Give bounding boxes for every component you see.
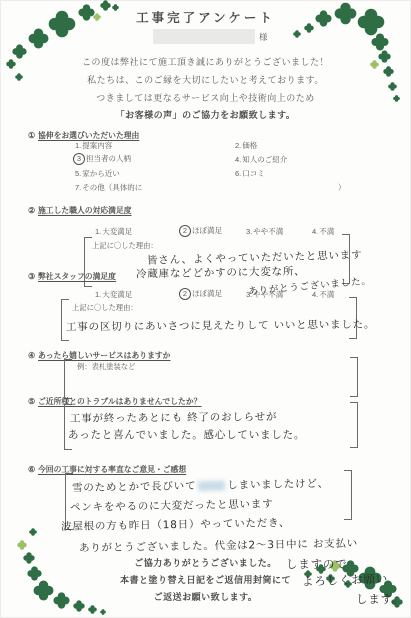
section-number: ① bbox=[28, 131, 35, 140]
clover-icon bbox=[100, 609, 106, 615]
handwritten-comment: 工事の区切りにあいさつに見えたりして いいと思いました。 bbox=[66, 317, 375, 335]
bracket-right bbox=[344, 470, 352, 520]
option-2-2-circled: 2ほぼ満足 bbox=[179, 225, 222, 237]
section-5-header: ⑤ご近所様とのトラブルはありませんでしたか？ bbox=[28, 396, 201, 407]
clover-icon bbox=[29, 528, 37, 536]
footer-line: ご協力ありがとうございました。 bbox=[0, 556, 411, 569]
circled-answer-mark: 2 bbox=[179, 225, 191, 237]
option-2-4: 4.不満 bbox=[312, 226, 334, 237]
handwritten-comment: 波屋根の方も昨日（18日）やっていただき、 bbox=[61, 515, 290, 534]
reason-label: 上記に〇した理由： bbox=[72, 303, 138, 313]
bracket-right bbox=[350, 402, 358, 448]
option-2-3: 3.やや不満 bbox=[246, 226, 283, 237]
section-title: 弊社スタッフの満足度 bbox=[38, 272, 116, 281]
handwritten-comment: 雪のためとかで長びいてしまいましたけど、 bbox=[72, 476, 329, 495]
section-6-header: ⑥今回の工事に対する率直なご意見・ご感想 bbox=[28, 464, 186, 475]
bracket-right bbox=[350, 357, 358, 397]
footer-line: ご返送お願い致します。 bbox=[0, 590, 411, 603]
reason-label: 上記に〇した理由： bbox=[92, 241, 158, 251]
handwritten-comment: 工事が終ったあとにも 終了のおしらせが bbox=[70, 409, 277, 426]
option-1-5: 5.家から近い bbox=[75, 168, 120, 179]
page-title: 工事完了アンケート bbox=[0, 8, 411, 26]
clover-decoration-bottom-left bbox=[0, 523, 115, 618]
handwritten-comment: 冷蔵庫などどかすのに大変な所、 bbox=[136, 264, 306, 282]
section-4-header: ④あったら嬉しいサービスはありますか bbox=[28, 350, 170, 361]
clover-icon bbox=[371, 33, 388, 50]
recipient-suffix: 様 bbox=[259, 31, 268, 43]
intro-line: 私たちは、このご縁を大切にしたいと考えております。 bbox=[0, 73, 411, 86]
option-1-2: 2.価格 bbox=[235, 140, 257, 151]
intro-line: つきましては更なるサービス向上や技術向上のため bbox=[0, 91, 411, 104]
intro-line: 「お客様の声」のご協力をお願致します。 bbox=[0, 108, 411, 121]
circled-answer-mark: 2 bbox=[179, 288, 191, 300]
section-3-header: ③弊社スタッフの満足度 bbox=[28, 271, 116, 282]
option-3-1: 1.大変満足 bbox=[95, 289, 132, 300]
clover-icon bbox=[88, 605, 97, 614]
section-title: 今回の工事に対する率直なご意見・ご感想 bbox=[38, 465, 186, 474]
section-number: ③ bbox=[28, 272, 35, 281]
option-1-7-close-paren: ） bbox=[338, 182, 346, 193]
survey-document: 工事完了アンケート 様 この度は弊社にて施工頂き誠にありがとうございました！ 私… bbox=[0, 0, 411, 618]
option-1-6: 6.口コミ bbox=[235, 168, 265, 179]
section-title: 協伸をお選びいただいた理由 bbox=[38, 131, 139, 140]
section-title: あったら嬉しいサービスはありますか bbox=[38, 351, 170, 360]
section-number: ② bbox=[28, 206, 35, 215]
section-number: ④ bbox=[28, 351, 35, 360]
handwritten-comment: ありがとうございました。代金は2～3日中に お支払い bbox=[79, 536, 358, 556]
option-1-4: 4.知人のご紹介 bbox=[235, 154, 287, 165]
section-number: ⑤ bbox=[28, 397, 35, 406]
option-2-1: 1.大変満足 bbox=[95, 226, 132, 237]
option-1-3-circled: 3担当者の人柄 bbox=[73, 153, 131, 165]
option-1-7: 7.その他（具体的に bbox=[75, 182, 142, 193]
section-title: ご近所様とのトラブルはありませんでしたか？ bbox=[38, 397, 201, 406]
circled-answer-mark: 3 bbox=[73, 153, 85, 165]
option-3-4: 4.不満 bbox=[312, 289, 334, 300]
bracket-left bbox=[64, 359, 72, 399]
redacted-name-box bbox=[153, 29, 255, 44]
footer-line: 本書と塗り替え日記をご返信用封筒にて bbox=[0, 573, 411, 586]
section-2-header: ②施工した職人の対応満足度 bbox=[28, 205, 132, 216]
section-title: 施工した職人の対応満足度 bbox=[38, 206, 132, 215]
redacted-text-blur bbox=[198, 481, 225, 491]
handwritten-comment: あったと喜んでいました。感心していました。 bbox=[68, 427, 305, 442]
option-3-3: 3.やや不満 bbox=[246, 289, 283, 300]
handwritten-comment: ペンキをやるのに大変だったと思います bbox=[70, 496, 274, 515]
example-label: 例：表札塗装など bbox=[77, 362, 135, 372]
option-3-2-circled: 2ほぼ満足 bbox=[179, 288, 222, 300]
intro-line: この度は弊社にて施工頂き誠にありがとうございました！ bbox=[0, 55, 411, 68]
option-1-1: 1.提案内容 bbox=[75, 140, 112, 151]
section-number: ⑥ bbox=[28, 465, 35, 474]
clover-icon bbox=[293, 30, 301, 38]
clover-icon bbox=[29, 29, 49, 49]
clover-icon bbox=[17, 540, 27, 550]
